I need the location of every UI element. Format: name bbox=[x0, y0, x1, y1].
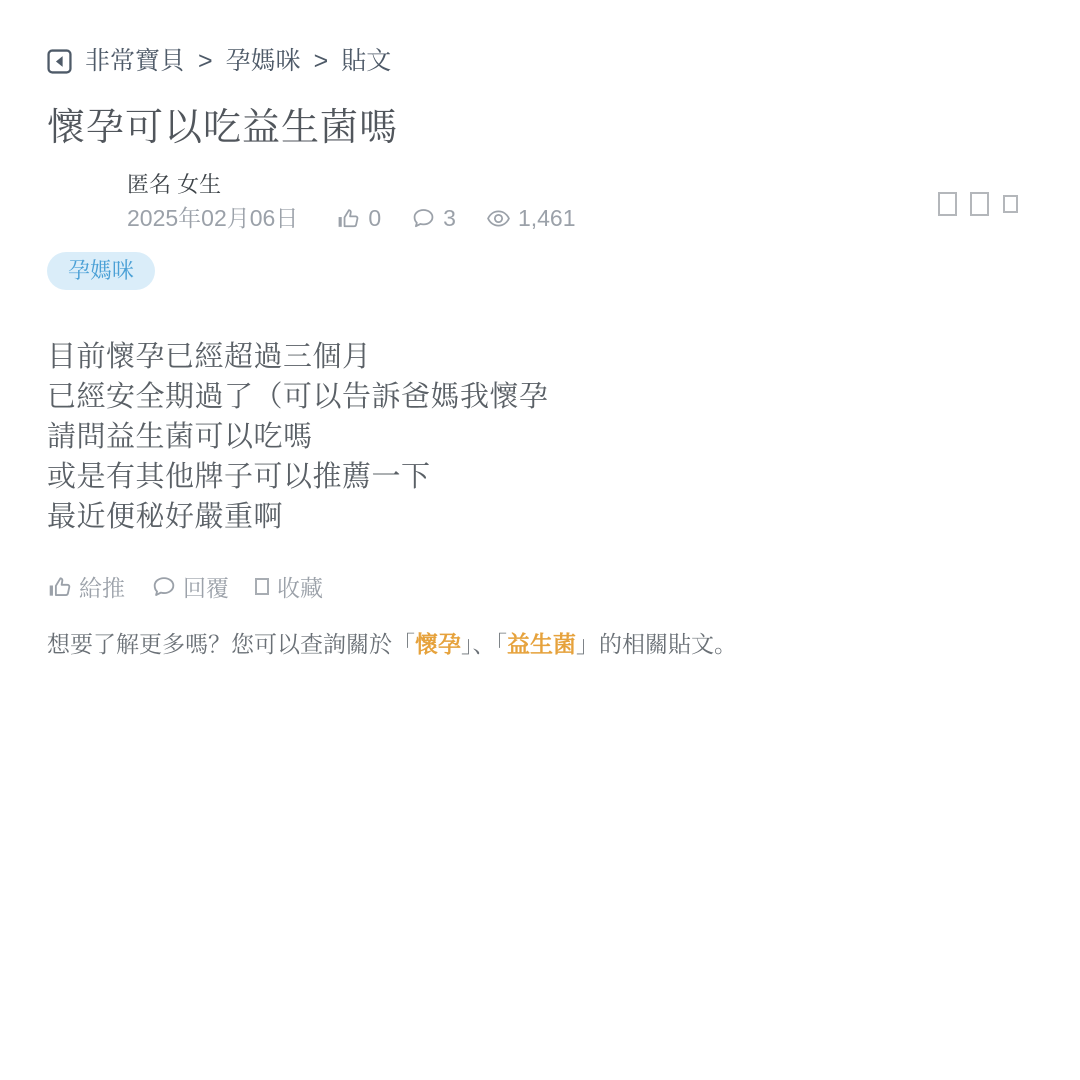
speech-bubble-icon bbox=[411, 206, 436, 231]
like-count: 0 bbox=[368, 203, 381, 233]
view-count-stat: 1,461 bbox=[486, 203, 576, 233]
author-name: 匿名 女生 bbox=[127, 170, 606, 200]
breadcrumb-separator: > bbox=[198, 48, 213, 74]
top-action-icons bbox=[938, 192, 1018, 216]
bookmark-placeholder-icon bbox=[255, 578, 269, 595]
author-row: 匿名 女生 2025年02月06日 0 3 bbox=[47, 170, 1033, 234]
action-bar: 給推 回覆 收藏 bbox=[47, 570, 1033, 603]
post-date: 2025年02月06日 bbox=[127, 203, 298, 233]
breadcrumb-item-forum[interactable]: 非常寶貝 bbox=[85, 48, 185, 74]
post-meta-row: 2025年02月06日 0 3 bbox=[127, 203, 606, 233]
thumbs-up-icon bbox=[336, 206, 361, 231]
unknown-action-icon-3[interactable] bbox=[1003, 195, 1018, 213]
comment-count: 3 bbox=[443, 203, 456, 233]
breadcrumb-item-current: 貼文 bbox=[341, 48, 391, 74]
bookmark-button-label: 收藏 bbox=[277, 570, 323, 603]
breadcrumb-item-category[interactable]: 孕媽咪 bbox=[226, 48, 301, 74]
reply-button-label: 回覆 bbox=[183, 570, 229, 603]
reply-button[interactable]: 回覆 bbox=[151, 570, 229, 603]
keyword-link-pregnancy[interactable]: 懷孕 bbox=[415, 631, 461, 657]
author-info: 匿名 女生 2025年02月06日 0 3 bbox=[127, 170, 606, 233]
related-suffix: 」的相關貼文。 bbox=[576, 631, 737, 657]
body-line: 已經安全期過了（可以告訴爸媽我懷孕 bbox=[47, 377, 1033, 417]
post-page: 非常寶貝 > 孕媽咪 > 貼文 懷孕可以吃益生菌嗎 匿名 女生 2025年02月… bbox=[0, 0, 1080, 1080]
like-button[interactable]: 給推 bbox=[47, 570, 125, 603]
avatar-placeholder bbox=[47, 170, 111, 234]
like-count-stat: 0 bbox=[336, 203, 381, 233]
back-icon[interactable] bbox=[47, 49, 72, 74]
post-body: 目前懷孕已經超過三個月 已經安全期過了（可以告訴爸媽我懷孕 請問益生菌可以吃嗎 … bbox=[47, 337, 1033, 537]
related-prefix: 想要了解更多嗎？您可以查詢關於「 bbox=[47, 631, 415, 657]
related-text: 想要了解更多嗎？您可以查詢關於「懷孕」、「益生菌」的相關貼文。 bbox=[47, 628, 1033, 660]
unknown-action-icon-2[interactable] bbox=[970, 192, 989, 216]
eye-icon bbox=[486, 206, 511, 231]
speech-bubble-icon bbox=[151, 574, 177, 600]
body-line: 請問益生菌可以吃嗎 bbox=[47, 417, 1033, 457]
body-line: 目前懷孕已經超過三個月 bbox=[47, 337, 1033, 377]
keyword-link-probiotics[interactable]: 益生菌 bbox=[507, 631, 576, 657]
body-line: 或是有其他牌子可以推薦一下 bbox=[47, 457, 1033, 497]
breadcrumb-separator: > bbox=[314, 48, 329, 74]
post-title: 懷孕可以吃益生菌嗎 bbox=[47, 105, 1033, 151]
category-tag[interactable]: 孕媽咪 bbox=[47, 252, 155, 290]
comment-count-stat: 3 bbox=[411, 203, 456, 233]
like-button-label: 給推 bbox=[79, 570, 125, 603]
view-count: 1,461 bbox=[518, 203, 576, 233]
bookmark-button[interactable]: 收藏 bbox=[255, 570, 323, 603]
related-mid: 」、「 bbox=[461, 631, 507, 657]
body-line: 最近便秘好嚴重啊 bbox=[47, 497, 1033, 537]
unknown-action-icon-1[interactable] bbox=[938, 192, 957, 216]
thumbs-up-icon bbox=[47, 574, 73, 600]
breadcrumb: 非常寶貝 > 孕媽咪 > 貼文 bbox=[47, 48, 1033, 74]
